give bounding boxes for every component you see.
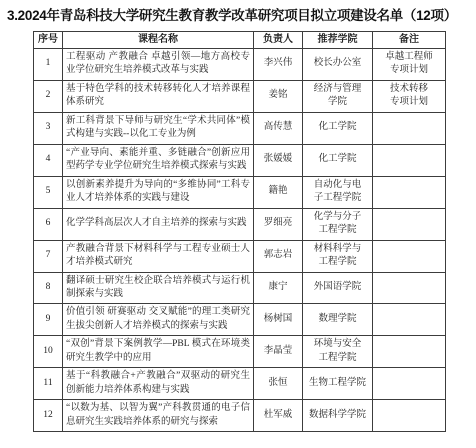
table-row: 1工程驱动 产教融合 卓越引领—地方高校专业学位研究生培养模式改革与实践李兴伟校… <box>34 48 446 80</box>
cell-leader: 张恒 <box>254 368 303 400</box>
cell-course-name: 价值引领 研赛驱动 交叉赋能”的理工类研究生拔尖创新人才培养模式的探索与实践 <box>63 304 254 336</box>
cell-college: 经济与管理 学院 <box>303 80 373 112</box>
cell-note <box>373 208 446 240</box>
cell-course-name: 以创新素养提升为导向的“多维协同”工科专业人才培养体系的实践与建设 <box>63 176 254 208</box>
column-header: 序号 <box>34 31 63 48</box>
cell-leader: 郭志岩 <box>254 240 303 272</box>
cell-college: 数据科学学院 <box>303 400 373 432</box>
cell-leader: 高传慧 <box>254 112 303 144</box>
cell-note: 卓越工程师 专项计划 <box>373 48 446 80</box>
cell-row-number: 7 <box>34 240 63 272</box>
cell-course-name: 工程驱动 产教融合 卓越引领—地方高校专业学位研究生培养模式改革与实践 <box>63 48 254 80</box>
column-header: 推荐学院 <box>303 31 373 48</box>
cell-row-number: 2 <box>34 80 63 112</box>
table-header: 序号课程名称负责人推荐学院备注 <box>34 31 446 48</box>
cell-college: 环境与安全 工程学院 <box>303 336 373 368</box>
table-header-row: 序号课程名称负责人推荐学院备注 <box>34 31 446 48</box>
cell-leader: 张媛媛 <box>254 144 303 176</box>
cell-college: 化工学院 <box>303 144 373 176</box>
cell-leader: 李兴伟 <box>254 48 303 80</box>
table-row: 3新工科背景下导师与研究生“学术共同体”模式构建与实践--以化工专业为例高传慧化… <box>34 112 446 144</box>
cell-row-number: 4 <box>34 144 63 176</box>
column-header: 课程名称 <box>63 31 254 48</box>
cell-note <box>373 240 446 272</box>
cell-note <box>373 176 446 208</box>
cell-row-number: 5 <box>34 176 63 208</box>
cell-row-number: 6 <box>34 208 63 240</box>
cell-course-name: 化学学科高层次人才自主培养的探索与实践 <box>63 208 254 240</box>
table-row: 2基于特色学科的技术转移转化人才培养课程体系研究姜铭经济与管理 学院技术转移 专… <box>34 80 446 112</box>
cell-row-number: 1 <box>34 48 63 80</box>
cell-note <box>373 336 446 368</box>
cell-leader: 籍艳 <box>254 176 303 208</box>
cell-note <box>373 304 446 336</box>
cell-college: 自动化与电 子工程学院 <box>303 176 373 208</box>
table-row: 11基于“科教融合+产教融合”双驱动的研究生创新能力培养体系构建与实践张恒生物工… <box>34 368 446 400</box>
column-header: 备注 <box>373 31 446 48</box>
cell-note <box>373 272 446 304</box>
cell-college: 化学与分子 工程学院 <box>303 208 373 240</box>
cell-row-number: 3 <box>34 112 63 144</box>
cell-course-name: 产教融合背景下材料科学与工程专业硕士人才培养模式研究 <box>63 240 254 272</box>
cell-leader: 罗细亮 <box>254 208 303 240</box>
cell-college: 材料科学与 工程学院 <box>303 240 373 272</box>
table-row: 8翻译硕士研究生校企联合培养模式与运行机制探索与实践康宁外国语学院 <box>34 272 446 304</box>
table-row: 4“产业导向、素能并重、多链融合”创新应用型药学专业学位研究生培养模式探索与实践… <box>34 144 446 176</box>
table-body: 1工程驱动 产教融合 卓越引领—地方高校专业学位研究生培养模式改革与实践李兴伟校… <box>34 48 446 432</box>
cell-note <box>373 112 446 144</box>
document-page: 3.2024年青岛科技大学研究生教育教学改革研究项目拟立项建设名单（12项） 序… <box>0 0 476 448</box>
cell-course-name: “双创”背景下案例教学—PBL 模式在环境类研究生教学中的应用 <box>63 336 254 368</box>
cell-leader: 杜军威 <box>254 400 303 432</box>
cell-leader: 姜铭 <box>254 80 303 112</box>
cell-row-number: 8 <box>34 272 63 304</box>
cell-note <box>373 368 446 400</box>
cell-college: 外国语学院 <box>303 272 373 304</box>
table-row: 6化学学科高层次人才自主培养的探索与实践罗细亮化学与分子 工程学院 <box>34 208 446 240</box>
cell-note <box>373 144 446 176</box>
cell-college: 生物工程学院 <box>303 368 373 400</box>
cell-college: 化工学院 <box>303 112 373 144</box>
cell-leader: 康宁 <box>254 272 303 304</box>
table-row: 9价值引领 研赛驱动 交叉赋能”的理工类研究生拔尖创新人才培养模式的探索与实践杨… <box>34 304 446 336</box>
cell-note <box>373 400 446 432</box>
cell-row-number: 11 <box>34 368 63 400</box>
cell-course-name: “以数为基、以智为翼”产科教贯通的电子信息研究生实践培养体系的研究与探索 <box>63 400 254 432</box>
cell-course-name: 翻译硕士研究生校企联合培养模式与运行机制探索与实践 <box>63 272 254 304</box>
table-row: 5以创新素养提升为导向的“多维协同”工科专业人才培养体系的实践与建设籍艳自动化与… <box>34 176 446 208</box>
cell-course-name: 基于“科教融合+产教融合”双驱动的研究生创新能力培养体系构建与实践 <box>63 368 254 400</box>
cell-course-name: 新工科背景下导师与研究生“学术共同体”模式构建与实践--以化工专业为例 <box>63 112 254 144</box>
cell-row-number: 9 <box>34 304 63 336</box>
cell-leader: 李晶莹 <box>254 336 303 368</box>
project-list-table: 序号课程名称负责人推荐学院备注 1工程驱动 产教融合 卓越引领—地方高校专业学位… <box>33 31 446 433</box>
cell-college: 数理学院 <box>303 304 373 336</box>
column-header: 负责人 <box>254 31 303 48</box>
cell-college: 校长办公室 <box>303 48 373 80</box>
cell-course-name: “产业导向、素能并重、多链融合”创新应用型药学专业学位研究生培养模式探索与实践 <box>63 144 254 176</box>
cell-row-number: 10 <box>34 336 63 368</box>
cell-leader: 杨树国 <box>254 304 303 336</box>
table-row: 12“以数为基、以智为翼”产科教贯通的电子信息研究生实践培养体系的研究与探索杜军… <box>34 400 446 432</box>
cell-row-number: 12 <box>34 400 63 432</box>
cell-note: 技术转移 专项计划 <box>373 80 446 112</box>
cell-course-name: 基于特色学科的技术转移转化人才培养课程体系研究 <box>63 80 254 112</box>
page-title: 3.2024年青岛科技大学研究生教育教学改革研究项目拟立项建设名单（12项） <box>0 0 476 31</box>
table-row: 10“双创”背景下案例教学—PBL 模式在环境类研究生教学中的应用李晶莹环境与安… <box>34 336 446 368</box>
table-row: 7产教融合背景下材料科学与工程专业硕士人才培养模式研究郭志岩材料科学与 工程学院 <box>34 240 446 272</box>
